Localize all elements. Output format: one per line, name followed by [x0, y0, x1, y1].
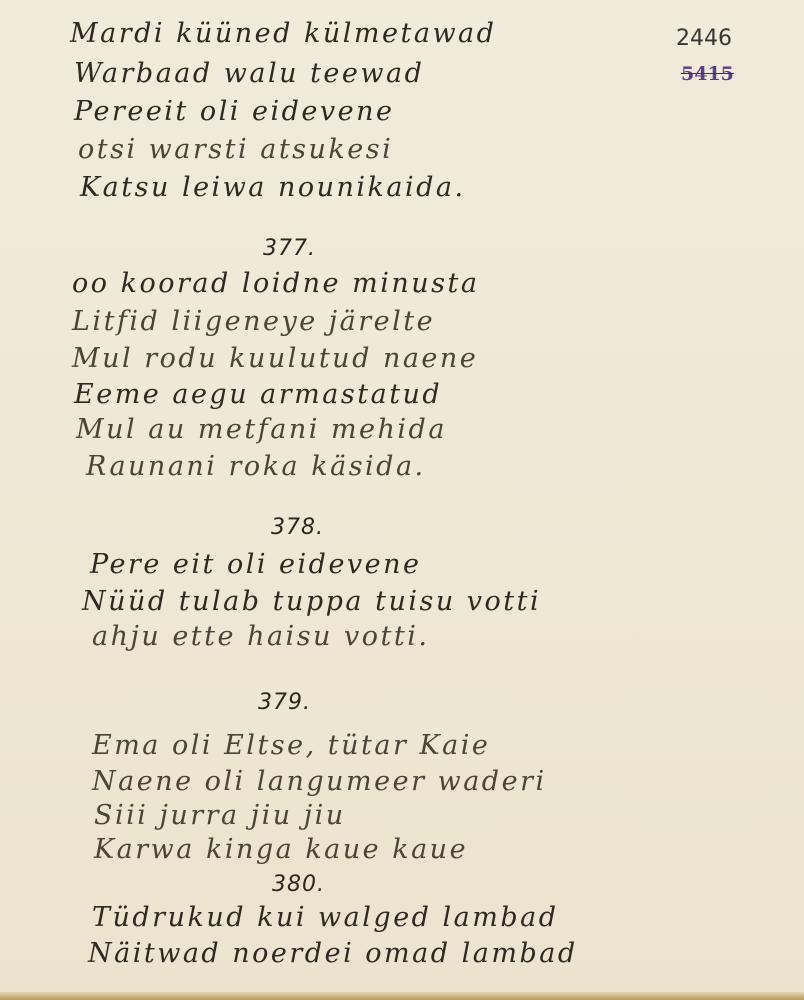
- verse-number: 377.: [263, 236, 316, 261]
- poem-line: Mul au metfani mehida: [76, 414, 447, 445]
- poem-line: Warbaad walu teewad: [74, 58, 424, 89]
- poem-line: Raunani roka käsida.: [86, 451, 426, 482]
- verse-number: 379.: [258, 690, 311, 715]
- poem-line: Eeme aegu armastatud: [74, 379, 442, 410]
- poem-line: Katsu leiwa nounikaida.: [80, 172, 466, 203]
- verse-number: 378.: [271, 515, 324, 540]
- poem-line: Pereeit oli eidevene: [74, 96, 394, 127]
- struck-stamp-number: 5415: [681, 63, 734, 85]
- poem-line: otsi warsti atsukesi: [78, 134, 393, 165]
- poem-line: Näitwad noerdei omad lambad: [88, 938, 578, 969]
- poem-line: Karwa kinga kaue kaue: [94, 834, 468, 865]
- poem-line: ahju ette haisu votti.: [92, 621, 429, 652]
- manuscript-page: 2446 5415 Mardi küüned külmetawad Warbaa…: [0, 0, 804, 1000]
- poem-line: Siii jurra jiu jiu: [94, 800, 346, 831]
- archive-page-number: 2446: [676, 26, 732, 51]
- poem-line: Tüdrukud kui walged lambad: [92, 902, 559, 933]
- poem-line: Ema oli Eltse, tütar Kaie: [92, 730, 490, 761]
- poem-line: oo koorad loidne minusta: [72, 268, 479, 299]
- poem-line: Naene oli langumeer waderi: [92, 766, 547, 797]
- poem-line: Mul rodu kuulutud naene: [72, 343, 478, 374]
- poem-line: Nüüd tulab tuppa tuisu votti: [82, 586, 541, 617]
- verse-number: 380.: [272, 872, 325, 897]
- poem-line: Litfid liigeneye järelte: [72, 306, 435, 337]
- poem-line: Mardi küüned külmetawad: [70, 18, 496, 49]
- poem-line: Pere eit oli eidevene: [90, 549, 422, 580]
